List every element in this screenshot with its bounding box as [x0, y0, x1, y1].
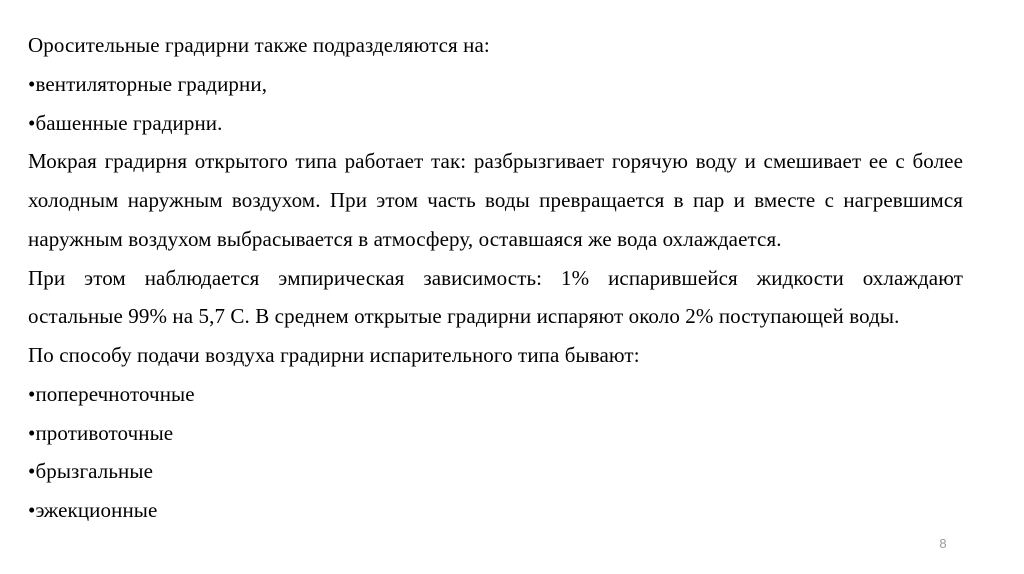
text-line-intro: Оросительные градирни также подразделяют… — [28, 26, 963, 65]
text-line-paragraph1-2: холодным наружным воздухом. При этом час… — [28, 181, 963, 220]
text-line-paragraph1-3: наружным воздухом выбрасывается в атмосф… — [28, 220, 963, 259]
bullet-item-counterflow: •противоточные — [28, 414, 963, 453]
text-line-paragraph2-1: При этом наблюдается эмпирическая зависи… — [28, 259, 963, 298]
slide-body-text: Оросительные градирни также подразделяют… — [28, 26, 963, 530]
text-line-air-supply: По способу подачи воздуха градирни испар… — [28, 336, 963, 375]
text-line-paragraph1-1: Мокрая градирня открытого типа работает … — [28, 142, 963, 181]
bullet-item-fan-towers: •вентиляторные градирни, — [28, 65, 963, 104]
slide-page-number: 8 — [932, 536, 954, 552]
bullet-item-tower-towers: •башенные градирни. — [28, 104, 963, 143]
bullet-item-crossflow: •поперечноточные — [28, 375, 963, 414]
bullet-item-ejection: •эжекционные — [28, 491, 963, 530]
bullet-item-spray: •брызгальные — [28, 452, 963, 491]
text-line-paragraph2-2: остальные 99% на 5,7 С. В среднем открыт… — [28, 297, 963, 336]
